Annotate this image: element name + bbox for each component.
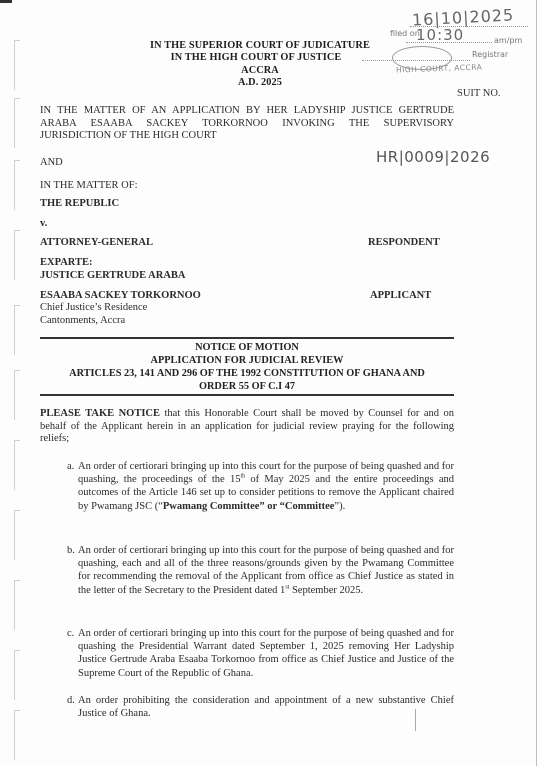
relief-text: An order prohibiting the consideration a… xyxy=(78,695,454,719)
registrar-label: Registrar xyxy=(472,50,508,59)
matter-heading: IN THE MATTER OF AN APPLICATION BY HER L… xyxy=(40,105,454,143)
relief-text: An order of certiorari bringing up into … xyxy=(78,545,454,596)
binding-mark xyxy=(14,650,15,700)
binding-mark xyxy=(14,370,15,420)
binding-mark xyxy=(14,580,15,630)
relief-label: d. xyxy=(67,694,75,707)
matter-line-2: ARABA ESAABA SACKEY TORKORNOO INVOKING T… xyxy=(40,118,454,131)
party-republic: THE REPUBLIC xyxy=(40,198,454,211)
matter-line-3: JURISDICTION OF THE HIGH COURT xyxy=(40,130,217,141)
intro-paragraph: PLEASE TAKE NOTICE that this Honorable C… xyxy=(40,408,454,446)
pen-mark xyxy=(415,709,416,731)
relief-bold-text: Pwamang Committee” or “Committee xyxy=(163,501,335,512)
document-page: IN THE SUPERIOR COURT OF JUDICATURE IN T… xyxy=(0,0,540,766)
binding-mark xyxy=(14,160,15,210)
matter-line-1: IN THE MATTER OF AN APPLICATION BY HER L… xyxy=(40,105,454,118)
binding-mark xyxy=(14,98,15,148)
in-the-matter-of-label: IN THE MATTER OF: xyxy=(40,180,454,193)
notice-title-block: NOTICE OF MOTION APPLICATION FOR JUDICIA… xyxy=(40,341,454,393)
relief-text: An order of certiorari bringing up into … xyxy=(78,628,454,679)
dotted-line xyxy=(362,60,470,61)
relief-item: c. An order of certiorari bringing up in… xyxy=(78,627,454,680)
notice-title-1: NOTICE OF MOTION xyxy=(40,341,454,354)
filing-stamp: 16|10|2025 filed on 10:30 am/pm Registra… xyxy=(362,2,532,87)
handwritten-filing-time: 10:30 xyxy=(416,26,464,44)
notice-title-3: ARTICLES 23, 141 AND 296 OF THE 1992 CON… xyxy=(40,367,454,380)
versus-label: v. xyxy=(40,218,454,231)
binding-mark xyxy=(14,710,15,760)
ampm-label: am/pm xyxy=(494,36,522,45)
and-label: AND xyxy=(40,157,454,170)
relief-text: ”). xyxy=(334,501,345,512)
exparte-label: EXPARTE: xyxy=(40,257,454,270)
applicant-address: Chief Justice’s Residence Cantonments, A… xyxy=(40,302,454,327)
binding-mark xyxy=(14,305,15,355)
relief-text: September 2025. xyxy=(289,585,363,596)
address-line-2: Cantonments, Accra xyxy=(40,315,454,328)
exparte-block: EXPARTE: JUSTICE GERTRUDE ARABA xyxy=(40,257,454,282)
binding-mark xyxy=(14,230,15,280)
relief-label: b. xyxy=(67,544,75,557)
applicant-name-line-1: JUSTICE GERTRUDE ARABA xyxy=(40,270,454,283)
address-line-1: Chief Justice’s Residence xyxy=(40,302,454,315)
relief-label: c. xyxy=(67,627,74,640)
binding-mark xyxy=(14,440,15,490)
respondent-role: RESPONDENT xyxy=(368,237,440,248)
divider-top xyxy=(40,337,454,339)
applicant-role: APPLICANT xyxy=(370,290,431,301)
stamp-court-label: HIGH COURT, ACCRA xyxy=(396,62,483,74)
suit-number-label: SUIT NO. xyxy=(457,88,501,99)
divider-bottom xyxy=(40,394,454,396)
scan-edge-mark xyxy=(0,0,12,3)
intro-bold-lead: PLEASE TAKE NOTICE xyxy=(40,408,160,419)
notice-title-4: ORDER 55 OF C.I 47 xyxy=(40,380,454,393)
page-edge-line xyxy=(536,0,537,766)
relief-item: a. An order of certiorari bringing up in… xyxy=(78,460,454,513)
relief-item: d. An order prohibiting the consideratio… xyxy=(78,694,454,720)
binding-mark xyxy=(14,510,15,560)
relief-label: a. xyxy=(67,460,74,473)
notice-title-2: APPLICATION FOR JUDICIAL REVIEW xyxy=(40,354,454,367)
binding-marks xyxy=(8,20,28,740)
relief-item: b. An order of certiorari bringing up in… xyxy=(78,544,454,597)
